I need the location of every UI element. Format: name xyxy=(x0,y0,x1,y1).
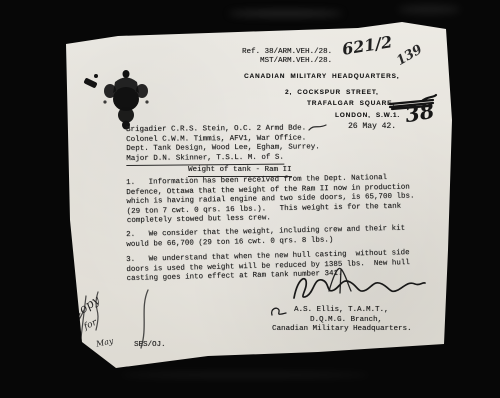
coat-of-arms-stamp-icon xyxy=(98,68,154,134)
handwritten-page-number: 139 xyxy=(394,42,425,69)
addressee-list: Brigadier C.R.S. Stein, O.C. 2 Armd Bde.… xyxy=(126,124,320,166)
signatory-name: A.S. Ellis, T.A.M.T., xyxy=(294,306,389,316)
ink-blot-icon xyxy=(94,74,98,78)
for-squiggle-icon xyxy=(270,306,290,318)
scanned-page: Ref. 38/ARM.VEH./28. MST/ARM.VEH./28. 62… xyxy=(0,0,500,398)
letterhead-street: 2, COCKSPUR STREET, xyxy=(285,89,379,96)
letterhead-city: LONDON, S.W.1. xyxy=(335,112,400,119)
typist-initials: SES/OJ. xyxy=(134,341,166,351)
letter-paper: Ref. 38/ARM.VEH./28. MST/ARM.VEH./28. 62… xyxy=(58,20,454,374)
letterhead-organization: CANADIAN MILITARY HEADQUARTERS, xyxy=(244,73,399,80)
handwritten-folio-number: 38 xyxy=(403,98,436,127)
handwritten-file-number: 621/2 xyxy=(341,32,394,59)
handwritten-may-note: May xyxy=(95,336,114,348)
paragraph-1: 1. Information has been received from th… xyxy=(126,173,415,226)
ink-blot-icon xyxy=(83,77,97,88)
signatory-organization: Canadian Military Headquarters. xyxy=(272,325,412,335)
checkmark-icon xyxy=(308,123,328,133)
ref-line-2: MST/ARM.VEH./28. xyxy=(260,57,332,67)
signature-icon xyxy=(288,268,428,308)
scanner-smudge xyxy=(120,372,370,378)
letter-date: 26 May 42. xyxy=(348,122,396,132)
addressee-line: Major D.N. Skinner, T.S.L. M. of S. xyxy=(126,153,284,165)
scanner-smudge xyxy=(228,10,343,17)
letterhead-square: TRAFALGAR SQUARE, xyxy=(307,100,395,107)
addressee-line: Dept. Tank Design, Wood Lee, Egham, Surr… xyxy=(126,143,320,154)
paragraph-2: 2. We consider that the weight, includin… xyxy=(126,225,405,251)
scanner-smudge xyxy=(398,5,460,14)
